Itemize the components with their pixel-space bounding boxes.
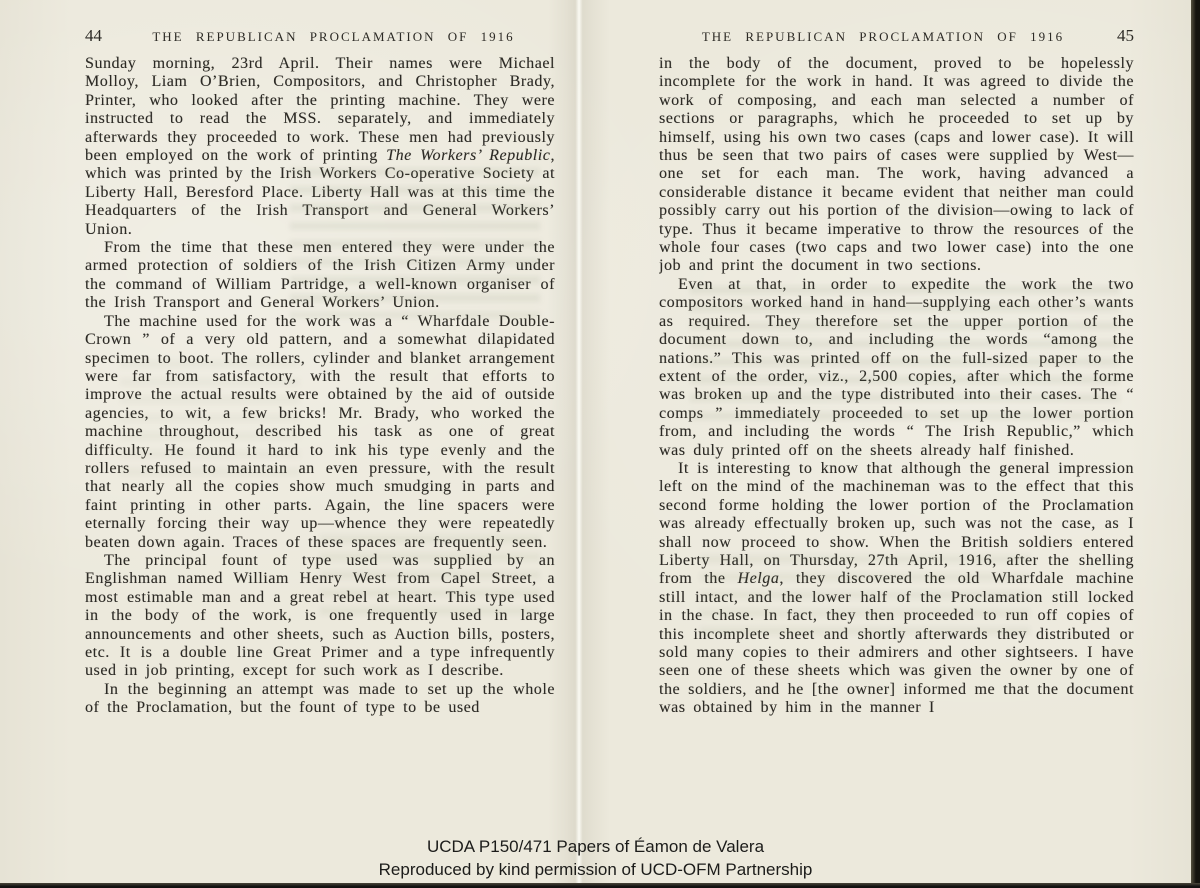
paragraph: in the body of the document, proved to b… [659,55,1134,276]
text-run: In the beginning an attempt was made to … [85,681,555,716]
text-run: It is interesting to know that although … [659,460,1134,587]
running-header-right: THE REPUBLICAN PROCLAMATION OF 1916 [659,29,1107,45]
paragraph: Even at that, in order to expedite the w… [659,276,1134,460]
text-run: , they discovered the old Wharfdale mach… [659,570,1134,716]
page-header-right: THE REPUBLICAN PROCLAMATION OF 1916 45 [659,26,1134,46]
paragraph: The principal fount of type used was sup… [85,552,555,681]
italic-text-run: The Workers’ Republic [386,147,550,164]
page-body-left: Sunday morning, 23rd April. Their names … [85,55,555,803]
paragraph: The machine used for the work was a “ Wh… [85,313,555,552]
text-run: Even at that, in order to expedite the w… [659,276,1134,459]
paragraph: In the beginning an attempt was made to … [85,681,555,718]
page-body-right: in the body of the document, proved to b… [659,55,1134,803]
attribution-line-1: UCDA P150/471 Papers of Éamon de Valera [0,835,1191,858]
attribution-line-2: Reproduced by kind permission of UCD-OFM… [0,858,1191,881]
scan-edge-right [1191,0,1200,888]
text-run: The machine used for the work was a “ Wh… [85,313,555,551]
paragraph: It is interesting to know that although … [659,460,1134,718]
page-header-left: 44 THE REPUBLICAN PROCLAMATION OF 1916 [85,26,555,46]
page-right: THE REPUBLICAN PROCLAMATION OF 1916 45 i… [600,0,1200,888]
page-number-right: 45 [1117,26,1134,46]
page-number-left: 44 [85,26,102,46]
page-spread: 44 THE REPUBLICAN PROCLAMATION OF 1916 S… [0,0,1200,888]
book-scan: 44 THE REPUBLICAN PROCLAMATION OF 1916 S… [0,0,1200,888]
running-header-left: THE REPUBLICAN PROCLAMATION OF 1916 [112,29,555,45]
paragraph: Sunday morning, 23rd April. Their names … [85,55,555,239]
page-left: 44 THE REPUBLICAN PROCLAMATION OF 1916 S… [0,0,600,888]
scan-edge-bottom [0,883,1200,888]
text-run: From the time that these men entered the… [85,239,555,311]
footer-attribution: UCDA P150/471 Papers of Éamon de Valera … [0,835,1191,881]
paragraph: From the time that these men entered the… [85,239,555,313]
italic-text-run: Helga [738,570,780,587]
text-run: in the body of the document, proved to b… [659,55,1134,274]
text-run: The principal fount of type used was sup… [85,552,555,679]
